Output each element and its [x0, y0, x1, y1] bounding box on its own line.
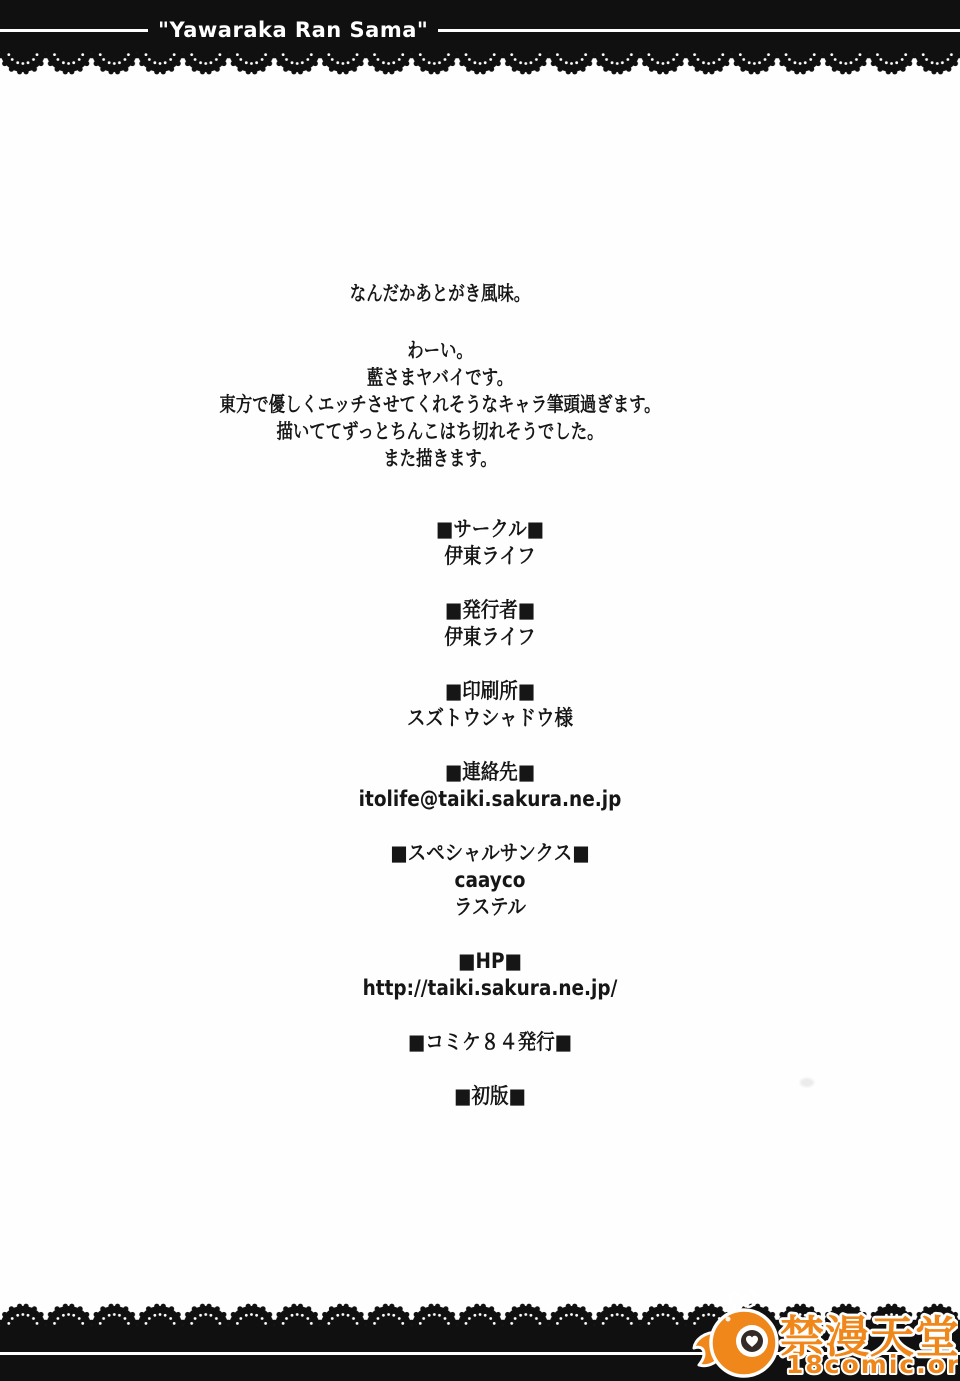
afterword-line: わーい。: [79, 337, 801, 364]
afterword-line: 藍さまヤバイです。: [79, 364, 801, 391]
goldfish-heart-mascot-icon: [694, 1289, 777, 1376]
credit-group-circle: ■サークル■ 伊東ライフ: [59, 516, 921, 570]
afterword-line: なんだかあとがき風味。: [79, 280, 801, 307]
credit-group-contact: ■連絡先■ itolife@taiki.sakura.ne.jp: [59, 759, 921, 813]
afterword-blank-line: [79, 307, 801, 337]
credit-heading: ■コミケ８４発行■: [59, 1029, 921, 1056]
scan-smudge: [800, 1078, 814, 1087]
credit-group-publisher: ■発行者■ 伊東ライフ: [59, 597, 921, 651]
credit-group-edition: ■初版■: [59, 1083, 921, 1110]
credit-heading: ■スペシャルサンクス■: [59, 840, 921, 867]
top-title-bar: "Yawaraka Ran Sama": [0, 0, 960, 48]
afterword-line: 描いててずっとちんこはち切れそうでした。: [79, 418, 801, 445]
title-rule-left: [0, 29, 148, 32]
credit-heading: ■発行者■: [59, 597, 921, 624]
credit-name: ラステル: [59, 894, 921, 921]
credit-url: http://taiki.sakura.ne.jp/: [59, 975, 921, 1002]
afterword-line: また描きます。: [79, 445, 801, 472]
credit-group-event: ■コミケ８４発行■: [59, 1029, 921, 1056]
title-rule-right: [438, 29, 960, 32]
credit-name: 伊東ライフ: [59, 624, 921, 651]
credit-name: caayco: [59, 867, 921, 894]
credit-name: 伊東ライフ: [59, 543, 921, 570]
credit-email: itolife@taiki.sakura.ne.jp: [59, 786, 921, 813]
credit-heading: ■印刷所■: [59, 678, 921, 705]
book-title: "Yawaraka Ran Sama": [158, 18, 428, 42]
credit-group-homepage: ■HP■ http://taiki.sakura.ne.jp/: [59, 948, 921, 1002]
credit-heading: ■HP■: [59, 948, 921, 975]
credit-group-special-thanks: ■スペシャルサンクス■ caayco ラステル: [59, 840, 921, 921]
lace-border-top: [0, 48, 960, 76]
credits-list: ■サークル■ 伊東ライフ ■発行者■ 伊東ライフ ■印刷所■ スズトウシャドウ様…: [59, 516, 921, 1137]
watermark-site-domain: 18comic.org: [786, 1350, 958, 1379]
credit-heading: ■初版■: [59, 1083, 921, 1110]
watermark-logo: 禁漫天堂 18comic.org: [692, 1288, 958, 1380]
credit-heading: ■サークル■: [59, 516, 921, 543]
afterword-line: 東方で優しくエッチさせてくれそうなキャラ筆頭過ぎます。: [79, 391, 801, 418]
credit-name: スズトウシャドウ様: [59, 705, 921, 732]
credit-heading: ■連絡先■: [59, 759, 921, 786]
credit-group-printer: ■印刷所■ スズトウシャドウ様: [59, 678, 921, 732]
afterword-text: なんだかあとがき風味。 わーい。 藍さまヤバイです。 東方で優しくエッチさせてく…: [79, 280, 801, 472]
